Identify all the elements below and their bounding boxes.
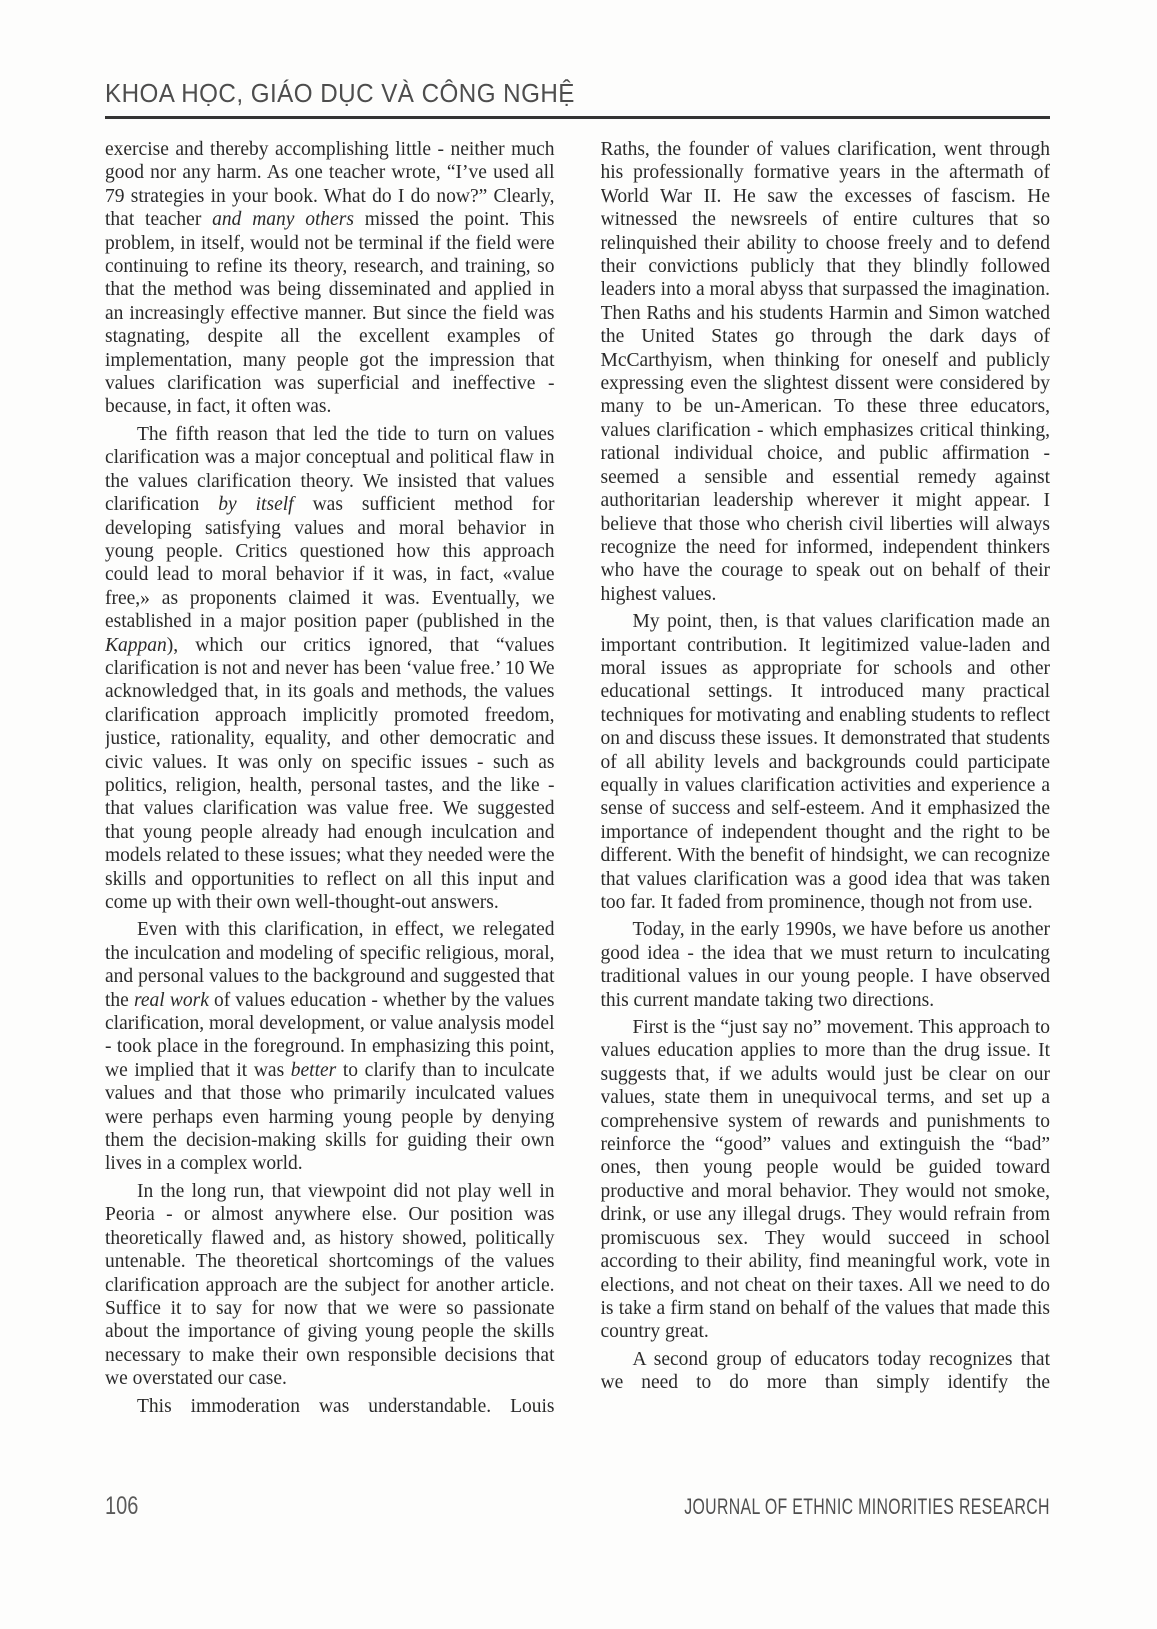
page-footer: 106 JOURNAL OF ETHNIC MINORITIES RESEARC…	[105, 1492, 1050, 1521]
text-run: ), which our critics ignored, that “valu…	[105, 635, 555, 913]
journal-page: KHOA HỌC, GIÁO DỤC VÀ CÔNG NGHỆ exercise…	[0, 0, 1157, 1629]
paragraph: First is the “just say no” movement. Thi…	[601, 1016, 1051, 1344]
text-run: Raths, the founder of values clarificati…	[601, 139, 1051, 605]
right-column: Raths, the founder of values clarificati…	[601, 138, 1051, 1500]
paragraph: In the long run, that viewpoint did not …	[105, 1180, 555, 1391]
text-run: A second group of educators today recogn…	[601, 1349, 1051, 1393]
text-run: My point, then, is that values clarifica…	[601, 611, 1051, 913]
paragraph: Even with this clarification, in effect,…	[105, 918, 555, 1175]
italic-text-run: and many others	[212, 209, 354, 230]
paragraph: This immoderation was understandable. Lo…	[105, 1395, 555, 1418]
page-header: KHOA HỌC, GIÁO DỤC VÀ CÔNG NGHỆ	[105, 78, 1050, 119]
text-run: In the long run, that viewpoint did not …	[105, 1181, 555, 1389]
italic-text-run: real work	[134, 990, 209, 1011]
text-run: missed the point. This problem, in itsel…	[105, 209, 555, 417]
journal-name: JOURNAL OF ETHNIC MINORITIES RESEARCH	[684, 1494, 1050, 1520]
italic-text-run: better	[291, 1060, 336, 1081]
text-run: First is the “just say no” movement. Thi…	[601, 1017, 1051, 1342]
italic-text-run: by itself	[218, 494, 293, 515]
section-title: KHOA HỌC, GIÁO DỤC VÀ CÔNG NGHỆ	[105, 78, 984, 109]
header-rule	[105, 116, 1050, 119]
page-number: 106	[105, 1492, 138, 1521]
italic-text-run: Kappan	[105, 635, 167, 656]
left-column: exercise and thereby accomplishing littl…	[105, 138, 555, 1500]
text-run: This immoderation was understandable. Lo…	[137, 1396, 555, 1417]
paragraph: Raths, the founder of values clarificati…	[601, 138, 1051, 606]
paragraph: The fifth reason that led the tide to tu…	[105, 423, 555, 915]
article-body: exercise and thereby accomplishing littl…	[105, 138, 1050, 1500]
paragraph: A second group of educators today recogn…	[601, 1348, 1051, 1395]
text-run: Today, in the early 1990s, we have befor…	[601, 919, 1051, 1010]
paragraph: exercise and thereby accomplishing littl…	[105, 138, 555, 419]
paragraph: My point, then, is that values clarifica…	[601, 610, 1051, 914]
paragraph: Today, in the early 1990s, we have befor…	[601, 918, 1051, 1012]
